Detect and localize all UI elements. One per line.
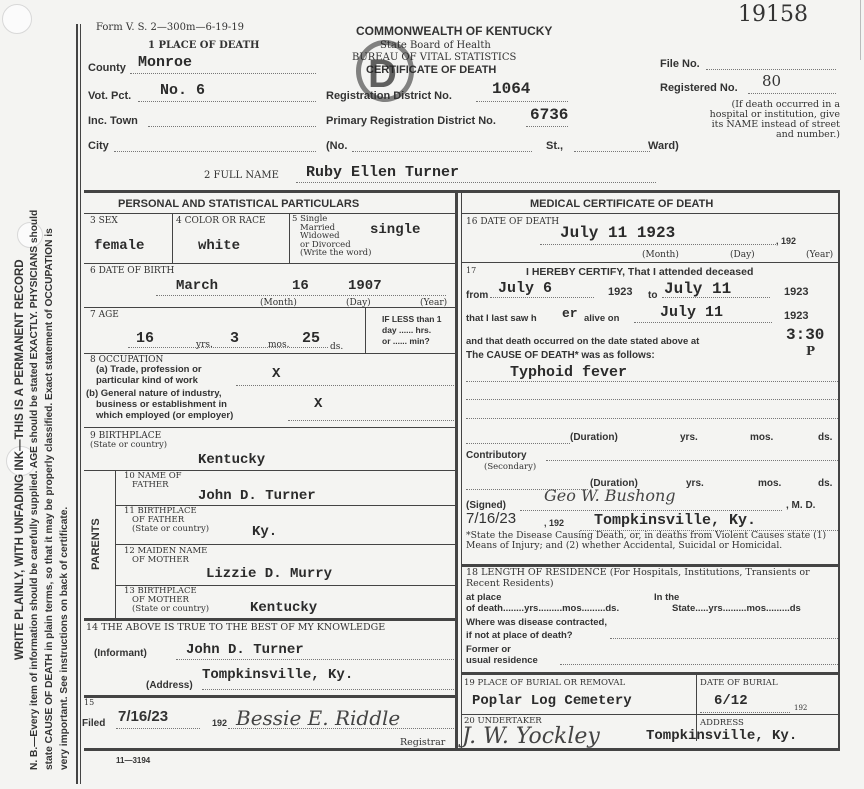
form-number: Form V. S. 2—300m—6-19-19 [96,22,244,33]
registrar-label: Registrar [400,737,445,748]
attended-to-year[interactable]: 1923 [784,286,808,298]
dob-label: 6 DATE OF BIRTH [90,266,174,276]
left-border-inner [80,24,81,784]
margin-permanent-record: WRITE PLAINLY, WITH UNFADING INK—THIS IS… [14,259,26,660]
marital-value[interactable]: single [370,222,420,238]
vot-pct-label: Vot. Pct. [88,90,131,102]
race-label: 4 COLOR OR RACE [176,216,266,226]
mother-birthplace-label: 13 BIRTHPLACE OF MOTHER (State or countr… [124,587,209,614]
certificate-number: 19158 [738,2,808,27]
place-of-death-label: 1 PLACE OF DEATH [148,40,260,51]
burial-place-value[interactable]: Poplar Log Cemetery [472,693,632,709]
no-label: (No. [326,140,347,152]
filed-number: 15 [84,698,94,707]
cause-label: The CAUSE OF DEATH* was as follows: [466,350,655,361]
birthplace-sub: (State or country) [90,440,167,450]
occupation-b-value[interactable]: X [314,396,322,412]
medical-heading: MEDICAL CERTIFICATE OF DEATH [530,198,713,210]
age-ds-caption: ds. [330,342,343,352]
address-label: (Address) [146,680,193,691]
marital-labels: 5 Single Married Widowed or Divorced (Wr… [292,215,371,258]
duration-yrs-secondary: yrs. [686,478,704,489]
filed-date[interactable]: 7/16/23 [118,708,168,725]
alive-on-label: alive on [584,313,619,324]
personal-heading: PERSONAL AND STATISTICAL PARTICULARS [118,198,359,210]
duration-mos-primary: mos. [750,432,773,443]
dob-day[interactable]: 16 [292,278,309,294]
age-mos-caption: mos. [268,340,289,350]
physician-signature: Geo W. Bushong [544,486,676,505]
item-17-number: 17 [466,266,476,275]
true-statement: 14 THE ABOVE IS TRUE TO THE BEST OF MY K… [86,622,385,633]
duration-mos-secondary: mos. [758,478,781,489]
informant-address-value[interactable]: Tompkinsville, Ky. [202,667,353,683]
file-no-label: File No. [660,58,700,70]
st-label: St., [546,140,563,152]
state-title: COMMONWEALTH OF KENTUCKY [356,24,552,38]
sex-label: 3 SEX [90,216,118,226]
attended-from-date[interactable]: July 6 [498,280,552,297]
occupation-a-labels: (a) Trade, profession or particular kind… [96,364,202,386]
reg-district-label: Registration District No. [326,90,452,102]
full-name-value[interactable]: Ruby Ellen Turner [306,164,459,181]
filed-label: Filed [82,718,105,729]
burial-date-label: DATE OF BURIAL [700,678,778,688]
birthplace-value[interactable]: Kentucky [198,452,265,468]
less-than-day: IF LESS than 1 day ...... hrs. or ......… [382,314,442,347]
attended-to-date[interactable]: July 11 [664,280,731,298]
undertaker-address-label: ADDRESS [700,718,744,728]
center-divider-2 [461,190,462,750]
attended-from-year[interactable]: 1923 [608,286,632,298]
age-label: 7 AGE [90,310,119,320]
age-yrs-caption: yrs. [196,340,213,350]
cause-of-death-value[interactable]: Typhoid fever [510,364,627,381]
father-name-value[interactable]: John D. Turner [198,488,316,504]
where-contracted-label: Where was disease contracted, if not at … [466,616,607,642]
former-residence-label: Former or usual residence [466,644,538,666]
dob-year[interactable]: 1907 [348,278,382,294]
certify-statement: I HEREBY CERTIFY, That I attended deceas… [526,266,753,278]
informant-label: (Informant) [94,648,147,659]
inc-town-label: Inc. Town [88,115,138,127]
dod-month-caption: (Month) [642,250,679,260]
center-divider [455,190,458,750]
father-birthplace-label: 11 BIRTHPLACE OF FATHER (State or countr… [124,507,209,534]
margin-instructions-3: very important. See instructions on back… [59,507,70,770]
dob-month[interactable]: March [176,278,218,294]
burial-place-label: 19 PLACE OF BURIAL OR REMOVAL [464,678,625,688]
undertaker-signature: J. W. Yockley [462,724,600,749]
margin-instructions-2: state CAUSE OF DEATH in plain terms, so … [44,228,55,770]
primary-reg-label: Primary Registration District No. [326,115,496,127]
informant-value[interactable]: John D. Turner [186,642,304,658]
mother-birthplace-value[interactable]: Kentucky [250,600,317,616]
burial-192: 192 [794,704,807,712]
left-border [76,24,78,784]
margin-instructions-1: N. B.—Every item of information should b… [29,210,40,770]
registrar-signature: Bessie E. Riddle [236,706,400,730]
race-value[interactable]: white [198,238,240,254]
city-label: City [88,140,109,152]
contributory-label: Contributory [466,450,527,461]
burial-date-value[interactable]: 6/12 [714,693,748,709]
age-years[interactable]: 16 [136,330,154,347]
mother-name-label: 12 MAIDEN NAME OF MOTHER [124,547,207,565]
occupation-b-labels: (b) General nature of industry, business… [86,388,233,421]
dod-year-caption: (Year) [806,250,833,260]
age-months[interactable]: 3 [230,330,239,347]
mother-name-value[interactable]: Lizzie D. Murry [206,566,332,582]
reg-district-value[interactable]: 1064 [492,80,530,98]
primary-reg-value[interactable]: 6736 [530,106,568,124]
occupation-a-value[interactable]: X [272,366,280,382]
to-label: to [648,290,657,301]
dod-192: , 192 [776,236,796,246]
last-saw-date[interactable]: July 11 [660,304,723,321]
duration-ds-primary: ds. [818,432,832,443]
age-days[interactable]: 25 [302,330,320,347]
filed-192: 192 [212,718,227,728]
last-saw-label: that I last saw h [466,313,537,324]
from-label: from [466,290,488,301]
physician-footnote: *State the Disease Causing Death, or, in… [466,531,838,550]
registered-no-value[interactable]: 80 [762,72,781,90]
parents-label: PARENTS [90,518,102,570]
form-code: 11—3194 [116,756,150,765]
death-ampm[interactable]: P [806,344,815,358]
right-edge [860,0,861,60]
hospital-note: (If death occurred in a hospital or inst… [700,100,840,140]
registered-no-label: Registered No. [660,82,738,94]
ward-label: Ward) [648,140,679,152]
date-of-death-value[interactable]: July 11 1923 [560,224,675,242]
county-value[interactable]: Monroe [138,54,192,71]
residence-label: 18 LENGTH OF RESIDENCE (For Hospitals, I… [466,568,838,589]
father-name-label: 10 NAME OF FATHER [124,472,182,490]
punch-hole [2,4,32,34]
father-birthplace-value[interactable]: Ky. [252,524,277,540]
secondary-label: (Secondary) [484,462,536,472]
duration-ds-secondary: ds. [818,478,832,489]
full-name-label: 2 FULL NAME [204,170,279,181]
in-the-state-label: In the State.....yrs.........mos........… [654,592,801,614]
duration-label-primary: (Duration) [570,432,618,443]
last-saw-pronoun[interactable]: er [562,306,578,321]
date-of-death-label: 16 DATE OF DEATH [466,217,559,227]
table-top-rule [84,190,840,193]
death-time[interactable]: 3:30 [786,326,824,344]
md-label: , M. D. [786,500,815,511]
vot-pct-value[interactable]: No. 6 [160,82,205,99]
at-place-label: at place of death........yrs.........mos… [466,592,619,614]
death-occurred-label: and that death occurred on the date stat… [466,336,699,347]
physician-address[interactable]: Tompkinsville, Ky. [594,512,756,529]
undertaker-address-value[interactable]: Tompkinsville, Ky. [646,728,797,744]
sex-value[interactable]: female [94,238,144,254]
signed-date[interactable]: 7/16/23 [466,510,516,527]
dod-day-caption: (Day) [730,250,755,260]
signed-192: , 192 [544,518,564,528]
county-label: County [88,62,126,74]
last-saw-year[interactable]: 1923 [784,310,808,322]
duration-yrs-primary: yrs. [680,432,698,443]
